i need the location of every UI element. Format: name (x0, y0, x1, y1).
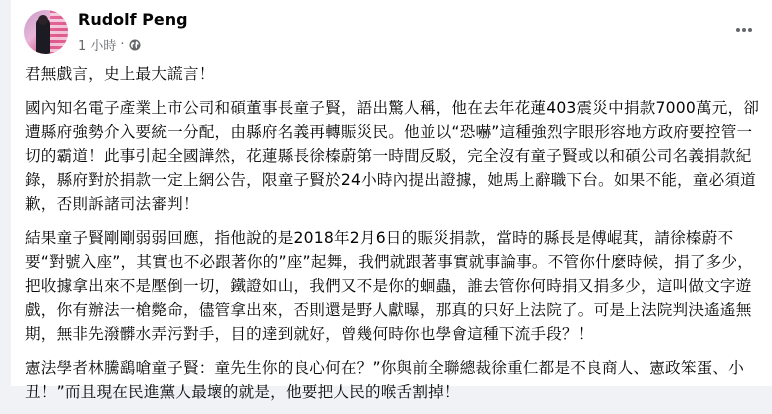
post-meta: 1 小時 · (78, 35, 141, 54)
post-body: 君無戲言，史上最大謊言！ 國內知名電子產業上市公司和碩董事長童子賢，語出驚人稱，… (25, 62, 765, 386)
post-paragraph-headline: 君無戲言，史上最大謊言！ (25, 62, 765, 86)
avatar-head (38, 15, 48, 25)
post-header: Rudolf Peng 1 小時 · (11, 0, 772, 60)
post-paragraph: 結果童子賢剛剛弱弱回應，指他說的是2018年2月6日的賑災捐款，當時的縣長是傅崐… (25, 226, 765, 346)
meta-separator: · (120, 37, 124, 52)
more-dot (742, 28, 746, 32)
globe-icon[interactable] (129, 39, 141, 51)
post-paragraph: 憲法學者林騰鷂嗆童子賢：童先生你的良心何在？”你與前全聯總裁徐重仁都是不良商人、… (25, 356, 765, 386)
more-dot (748, 28, 752, 32)
more-options-icon[interactable] (729, 20, 759, 40)
post-timestamp[interactable]: 1 小時 (78, 35, 116, 54)
post-card: Rudolf Peng 1 小時 · 君無戲言，史上最大謊言！ 國內知名電子產業… (11, 0, 772, 386)
more-dot (736, 28, 740, 32)
post-paragraph: 國內知名電子產業上市公司和碩董事長童子賢，語出驚人稱，他在去年花蓮403震災中捐… (25, 96, 765, 216)
author-name[interactable]: Rudolf Peng (78, 10, 188, 29)
avatar[interactable] (24, 10, 68, 54)
avatar-background (50, 10, 68, 54)
